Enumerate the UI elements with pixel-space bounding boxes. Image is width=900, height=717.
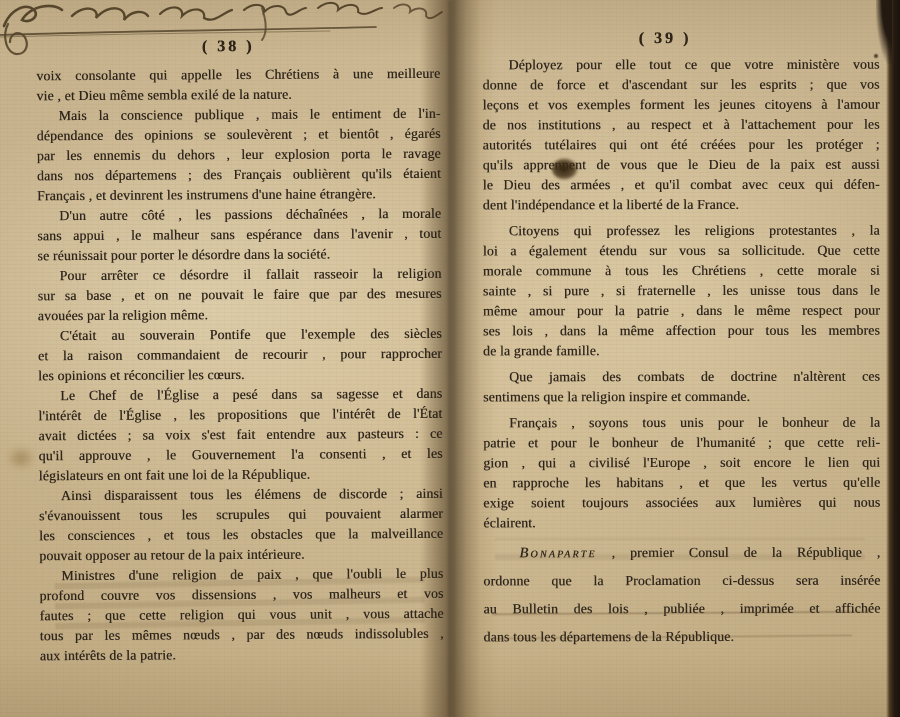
text-line: ses lois , dans la même affection pour t… (483, 321, 880, 342)
text-line: Bonaparte , premier Consul de la Républi… (483, 539, 880, 568)
text-line: en rapproche les habitans , et que les v… (483, 473, 880, 494)
text-line: autorités tutélaires qui ont été créées … (483, 135, 880, 156)
text-line: tous par les mêmes nœuds , par des nœuds… (40, 624, 444, 646)
left-page: ( 38 ) voix consolante qui appelle les C… (36, 35, 444, 666)
text-line: Mais la conscience publique , mais le en… (37, 104, 441, 126)
text-line: dent l'indépendance et la liberté de la … (483, 195, 880, 216)
text-line: Français , et devinrent les instrumens d… (37, 184, 441, 206)
right-page-text-block: Déployez pour elle tout ce que votre min… (483, 55, 881, 652)
margin-stain (6, 446, 36, 470)
text-line: au Bulletin des lois , publiée , imprimé… (483, 595, 880, 624)
text-line: législateurs en ont fait une loi de la R… (39, 464, 443, 486)
paragraph: Citoyens qui professez les religions pro… (483, 221, 880, 362)
left-page-text-block: voix consolante qui appelle les Chrétien… (36, 64, 444, 666)
text-line: de la grande famille. (483, 341, 880, 362)
text-line: Le Chef de l'Église a pesé dans sa sages… (38, 384, 442, 406)
paragraph: Mais la conscience publique , mais le en… (37, 104, 442, 206)
paragraph: C'était au souverain Pontife que l'exemp… (38, 324, 442, 386)
text-line: voix consolante qui appelle les Chrétien… (36, 64, 440, 86)
text-line: même amour pour la patrie , dans le même… (483, 301, 880, 322)
text-line: ordonne que la Proclamation ci-dessus se… (483, 567, 880, 596)
text-line: D'un autre côté , les passions déchaînée… (37, 204, 441, 226)
page-edge-dark-border (886, 0, 900, 717)
text-line: Ainsi disparaissent tous les élémens de … (39, 484, 443, 506)
text-line: Français , soyons tous unis pour le bonh… (483, 413, 880, 434)
text-line: les opinions et réconcilier les cœurs. (38, 364, 442, 386)
right-page-number: ( 39 ) (482, 28, 879, 51)
text-line: qu'il approuve , le Gouvernement l'a con… (39, 444, 443, 466)
text-line: sans appui , le malheur sans espérance d… (37, 224, 441, 246)
text-line: fautes ; que cette religion qui vous uni… (40, 604, 444, 626)
text-line: Que jamais des combats de doctrine n'alt… (483, 367, 880, 388)
text-line: vie , et Dieu même sembla exilé de la na… (36, 84, 440, 106)
text-line: leçons et vos exemples forment les jeune… (483, 95, 880, 116)
text-line: gion , qui a civilisé l'Europe , soit en… (483, 453, 880, 474)
text-line: par les ennemis du dehors , leur explosi… (37, 144, 441, 166)
paragraph: Français , soyons tous unis pour le bonh… (483, 413, 880, 534)
text-line: se réunissait pour porter le désordre da… (37, 244, 441, 266)
text-line: de nos institutions , au respect et à l'… (483, 115, 880, 136)
book-fold-line (448, 0, 455, 717)
text-line: Ministres d'une religion de paix , que l… (39, 564, 443, 586)
paragraph: Le Chef de l'Église a pesé dans sa sages… (38, 384, 443, 486)
text-line: profond couvre vos dissensions , vos mal… (39, 584, 443, 606)
text-line: les consciences , et tous les obstacles … (39, 524, 443, 546)
text-line: l'intérêt de l'Église , les propositions… (38, 404, 442, 426)
text-line: Pour arrêter ce désordre il fallait rass… (37, 264, 441, 286)
text-line: Déployez pour elle tout ce que votre min… (483, 55, 880, 76)
text-line: s'évanouissent tous les scrupules qui po… (39, 504, 443, 526)
text-line: et la raison commandaient de recourir , … (38, 344, 442, 366)
text-line: le Dieu des armées , et qu'il combat ave… (483, 175, 880, 196)
paragraph: Ministres d'une religion de paix , que l… (39, 564, 444, 666)
text-line: Citoyens qui professez les religions pro… (483, 221, 880, 242)
paragraph: Déployez pour elle tout ce que votre min… (483, 55, 880, 216)
paragraph: Que jamais des combats de doctrine n'alt… (483, 367, 880, 408)
text-line: avouées par la religion même. (38, 304, 442, 326)
text-line: aux intérêts de la patrie. (40, 644, 444, 666)
text-line: dépendance des opinions se soulevèrent ;… (37, 124, 441, 146)
text-line: qu'ils apprennent de vous que le Dieu de… (483, 155, 880, 176)
text-line: éclairent. (483, 513, 880, 534)
text-line: C'était au souverain Pontife que l'exemp… (38, 324, 442, 346)
author-name-small-caps: Bonaparte (519, 545, 596, 561)
text-line: pouvait opposer au retour de la paix int… (39, 544, 443, 566)
text-line: morale commune à tous les Chrétiens , ce… (483, 261, 880, 282)
text-line: patrie et pour le bonheur de l'humanité … (483, 433, 880, 454)
paragraph: D'un autre côté , les passions déchaînée… (37, 204, 441, 266)
text-line: dans nos départemens ; des Français oubl… (37, 164, 441, 186)
paragraph: Pour arrêter ce désordre il fallait rass… (37, 264, 441, 326)
paragraph: Ainsi disparaissent tous les élémens de … (39, 484, 443, 566)
text-line: donne de force et d'ascendant sur les es… (483, 75, 880, 96)
page-edge-corner (876, 0, 892, 64)
text-line: sur sa base , et on ne pouvait le faire … (38, 284, 442, 306)
text-line: exige soient toujours associées aux lumi… (483, 493, 880, 514)
paragraph: voix consolante qui appelle les Chrétien… (36, 64, 440, 106)
line-text: , premier Consul de la République , (597, 545, 881, 560)
text-line: sainte , si pure , si fraternelle , les … (483, 281, 880, 302)
text-line: sentimens que la religion inspire et com… (483, 387, 880, 408)
text-line: loi a également étendu sur vous sa solli… (483, 241, 880, 262)
right-page: ( 39 ) Déployez pour elle tout ce que vo… (482, 28, 880, 652)
text-line: avait dictées ; sa voix s'est fait enten… (38, 424, 442, 446)
left-page-number: ( 38 ) (36, 35, 440, 59)
